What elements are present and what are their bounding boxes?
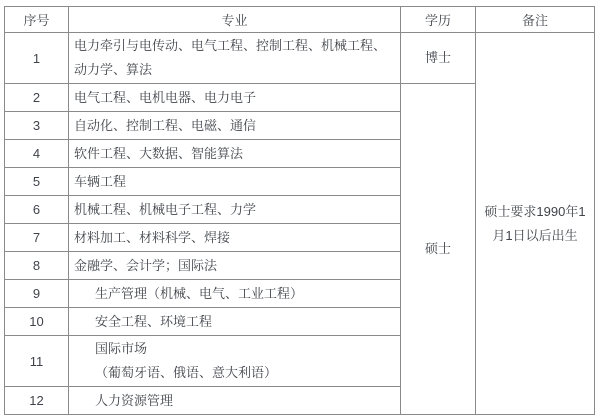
table-row: 1电力牵引与电传动、电气工程、控制工程、机械工程、动力学、算法博士硕士要求199… [5, 33, 595, 84]
row-major-cell: 软件工程、大数据、智能算法 [69, 140, 401, 168]
header-degree: 学历 [401, 7, 476, 33]
row-index-cell: 12 [5, 387, 69, 415]
page: { "colors": { "background": "#ffffff", "… [0, 0, 600, 416]
degree-cell: 博士 [401, 33, 476, 84]
degree-cell: 硕士 [401, 84, 476, 415]
row-index-cell: 3 [5, 112, 69, 140]
table-body: 1电力牵引与电传动、电气工程、控制工程、机械工程、动力学、算法博士硕士要求199… [5, 33, 595, 415]
row-index-cell: 7 [5, 224, 69, 252]
header-index: 序号 [5, 7, 69, 33]
row-major-cell: 安全工程、环境工程 [69, 308, 401, 336]
row-index-cell: 5 [5, 168, 69, 196]
row-major-cell: 自动化、控制工程、电磁、通信 [69, 112, 401, 140]
remark-cell: 硕士要求1990年1月1日以后出生 [476, 33, 595, 415]
header-remark: 备注 [476, 7, 595, 33]
header-row: 序号 专业 学历 备注 [5, 7, 595, 33]
row-index-cell: 8 [5, 252, 69, 280]
header-major: 专业 [69, 7, 401, 33]
row-index-cell: 6 [5, 196, 69, 224]
row-major-cell: 电力牵引与电传动、电气工程、控制工程、机械工程、动力学、算法 [69, 33, 401, 84]
row-major-cell: 材料加工、材料科学、焊接 [69, 224, 401, 252]
row-index-cell: 9 [5, 280, 69, 308]
row-index-cell: 1 [5, 33, 69, 84]
row-index-cell: 4 [5, 140, 69, 168]
row-major-cell: 金融学、会计学；国际法 [69, 252, 401, 280]
row-index-cell: 11 [5, 336, 69, 387]
row-major-cell: 车辆工程 [69, 168, 401, 196]
row-major-cell: 机械工程、机械电子工程、力学 [69, 196, 401, 224]
row-major-cell: 生产管理（机械、电气、工业工程） [69, 280, 401, 308]
row-index-cell: 10 [5, 308, 69, 336]
row-major-cell: 人力资源管理 [69, 387, 401, 415]
recruitment-table: 序号 专业 学历 备注 1电力牵引与电传动、电气工程、控制工程、机械工程、动力学… [4, 6, 595, 415]
row-major-cell: 国际市场 （葡萄牙语、俄语、意大利语） [69, 336, 401, 387]
row-index-cell: 2 [5, 84, 69, 112]
row-major-cell: 电气工程、电机电器、电力电子 [69, 84, 401, 112]
